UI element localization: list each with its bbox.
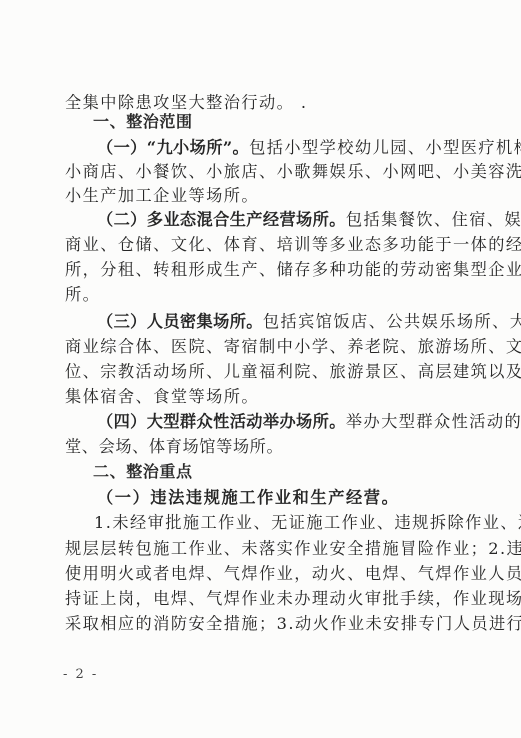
item-title: （一）违法违规施工作业和生产经营。 [97, 488, 399, 507]
text-line-content: 堂、会场、体育场馆等场所。 [65, 437, 283, 456]
item-text: 包括集餐饮、住宿、娱乐、 [346, 210, 521, 229]
text-line-content: 所，分租、转租形成生产、储存多种功能的劳动密集型企业等场 [65, 261, 457, 279]
text-line-content: 集体宿舍、食堂等场所。 [65, 387, 259, 406]
text-line: 商业综合体、医院、寄宿制中小学、养老院、旅游场所、文博单 [65, 338, 457, 356]
item-title: （二）多业态混合生产经营场所。 [97, 210, 346, 229]
item-text: 举办大型群众性活动的礼 [346, 412, 521, 431]
text-line: 商业、仓储、文化、体育、培训等多业态多功能于一体的经营场 [65, 236, 457, 254]
text-line: 使用明火或者电焊、气焊作业，动火、电焊、气焊作业人员未 [65, 565, 457, 583]
section-heading-focus: 二、整治重点 [93, 463, 450, 481]
heading-text: 一、整治范围 [93, 112, 193, 131]
text-line: 集体宿舍、食堂等场所。 [65, 388, 457, 406]
document-page: 全集中除患攻坚大整治行动。 . 一、整治范围 （一）“九小场所”。包括小型学校幼… [0, 0, 521, 738]
text-line-content: 采取相应的消防安全措施；3.动火作业未安排专门人员进行现 [65, 615, 457, 633]
item-title: （四）大型群众性活动举办场所。 [97, 412, 346, 431]
text-line-content: 1.未经审批施工作业、无证施工作业、违规拆除作业、违 [94, 514, 457, 532]
text-line-content: 使用明火或者电焊、气焊作业，动火、电焊、气焊作业人员未 [65, 565, 457, 583]
text-line-content: 商业综合体、医院、寄宿制中小学、养老院、旅游场所、文博单 [65, 338, 457, 356]
item-crowded-venues: （三）人员密集场所。包括宾馆饭店、公共娱乐场所、大型 [97, 313, 454, 331]
text-line: 规层层转包施工作业、未落实作业安全措施冒险作业；2.违规 [65, 540, 457, 558]
text-line: 所。 [65, 286, 457, 304]
text-line-content: 商业、仓储、文化、体育、培训等多业态多功能于一体的经营场 [65, 236, 457, 254]
text-line-content: 小商店、小餐饮、小旅店、小歌舞娱乐、小网吧、小美容洗浴、 [65, 163, 457, 181]
item-nine-small-venues: （一）“九小场所”。包括小型学校幼儿园、小型医疗机构、 [97, 139, 454, 157]
text-line-content: 小生产加工企业等场所。 [65, 186, 259, 205]
text-line: 堂、会场、体育场馆等场所。 [65, 438, 457, 456]
item-large-event-venues: （四）大型群众性活动举办场所。举办大型群众性活动的礼 [97, 413, 454, 431]
text-line: 1.未经审批施工作业、无证施工作业、违规拆除作业、违 [94, 514, 457, 532]
item-illegal-construction: （一）违法违规施工作业和生产经营。 [97, 489, 454, 507]
text-line-content: 持证上岗，电焊、气焊作业未办理动火审批手续，作业现场未 [65, 590, 457, 608]
paragraph-continuation: 全集中除患攻坚大整治行动。 . [65, 94, 457, 112]
text-line-content: 所。 [65, 285, 100, 304]
text-line: 持证上岗，电焊、气焊作业未办理动火审批手续，作业现场未 [65, 590, 457, 608]
item-title: （三）人员密集场所。 [97, 312, 263, 331]
item-title: （一）“九小场所”。 [97, 138, 249, 157]
page-number: - 2 - [63, 667, 98, 682]
text-line: 位、宗教活动场所、儿童福利院、旅游景区、高层建筑以及各类 [65, 363, 457, 381]
text-line-content: 位、宗教活动场所、儿童福利院、旅游景区、高层建筑以及各类 [65, 363, 457, 381]
item-text: 包括小型学校幼儿园、小型医疗机构、 [249, 138, 521, 157]
text-line-content: 规层层转包施工作业、未落实作业安全措施冒险作业；2.违规 [65, 540, 457, 558]
text-line: 小生产加工企业等场所。 [65, 187, 457, 205]
item-text: 包括宾馆饭店、公共娱乐场所、大型 [263, 312, 521, 331]
section-heading-scope: 一、整治范围 [93, 113, 450, 131]
heading-text: 二、整治重点 [93, 462, 193, 481]
item-mixed-business-venues: （二）多业态混合生产经营场所。包括集餐饮、住宿、娱乐、 [97, 211, 454, 229]
text-line: 所，分租、转租形成生产、储存多种功能的劳动密集型企业等场 [65, 261, 457, 279]
text-line: 全集中除患攻坚大整治行动。 . [65, 93, 307, 112]
text-line: 采取相应的消防安全措施；3.动火作业未安排专门人员进行现 [65, 615, 457, 633]
text-line: 小商店、小餐饮、小旅店、小歌舞娱乐、小网吧、小美容洗浴、 [65, 163, 457, 181]
